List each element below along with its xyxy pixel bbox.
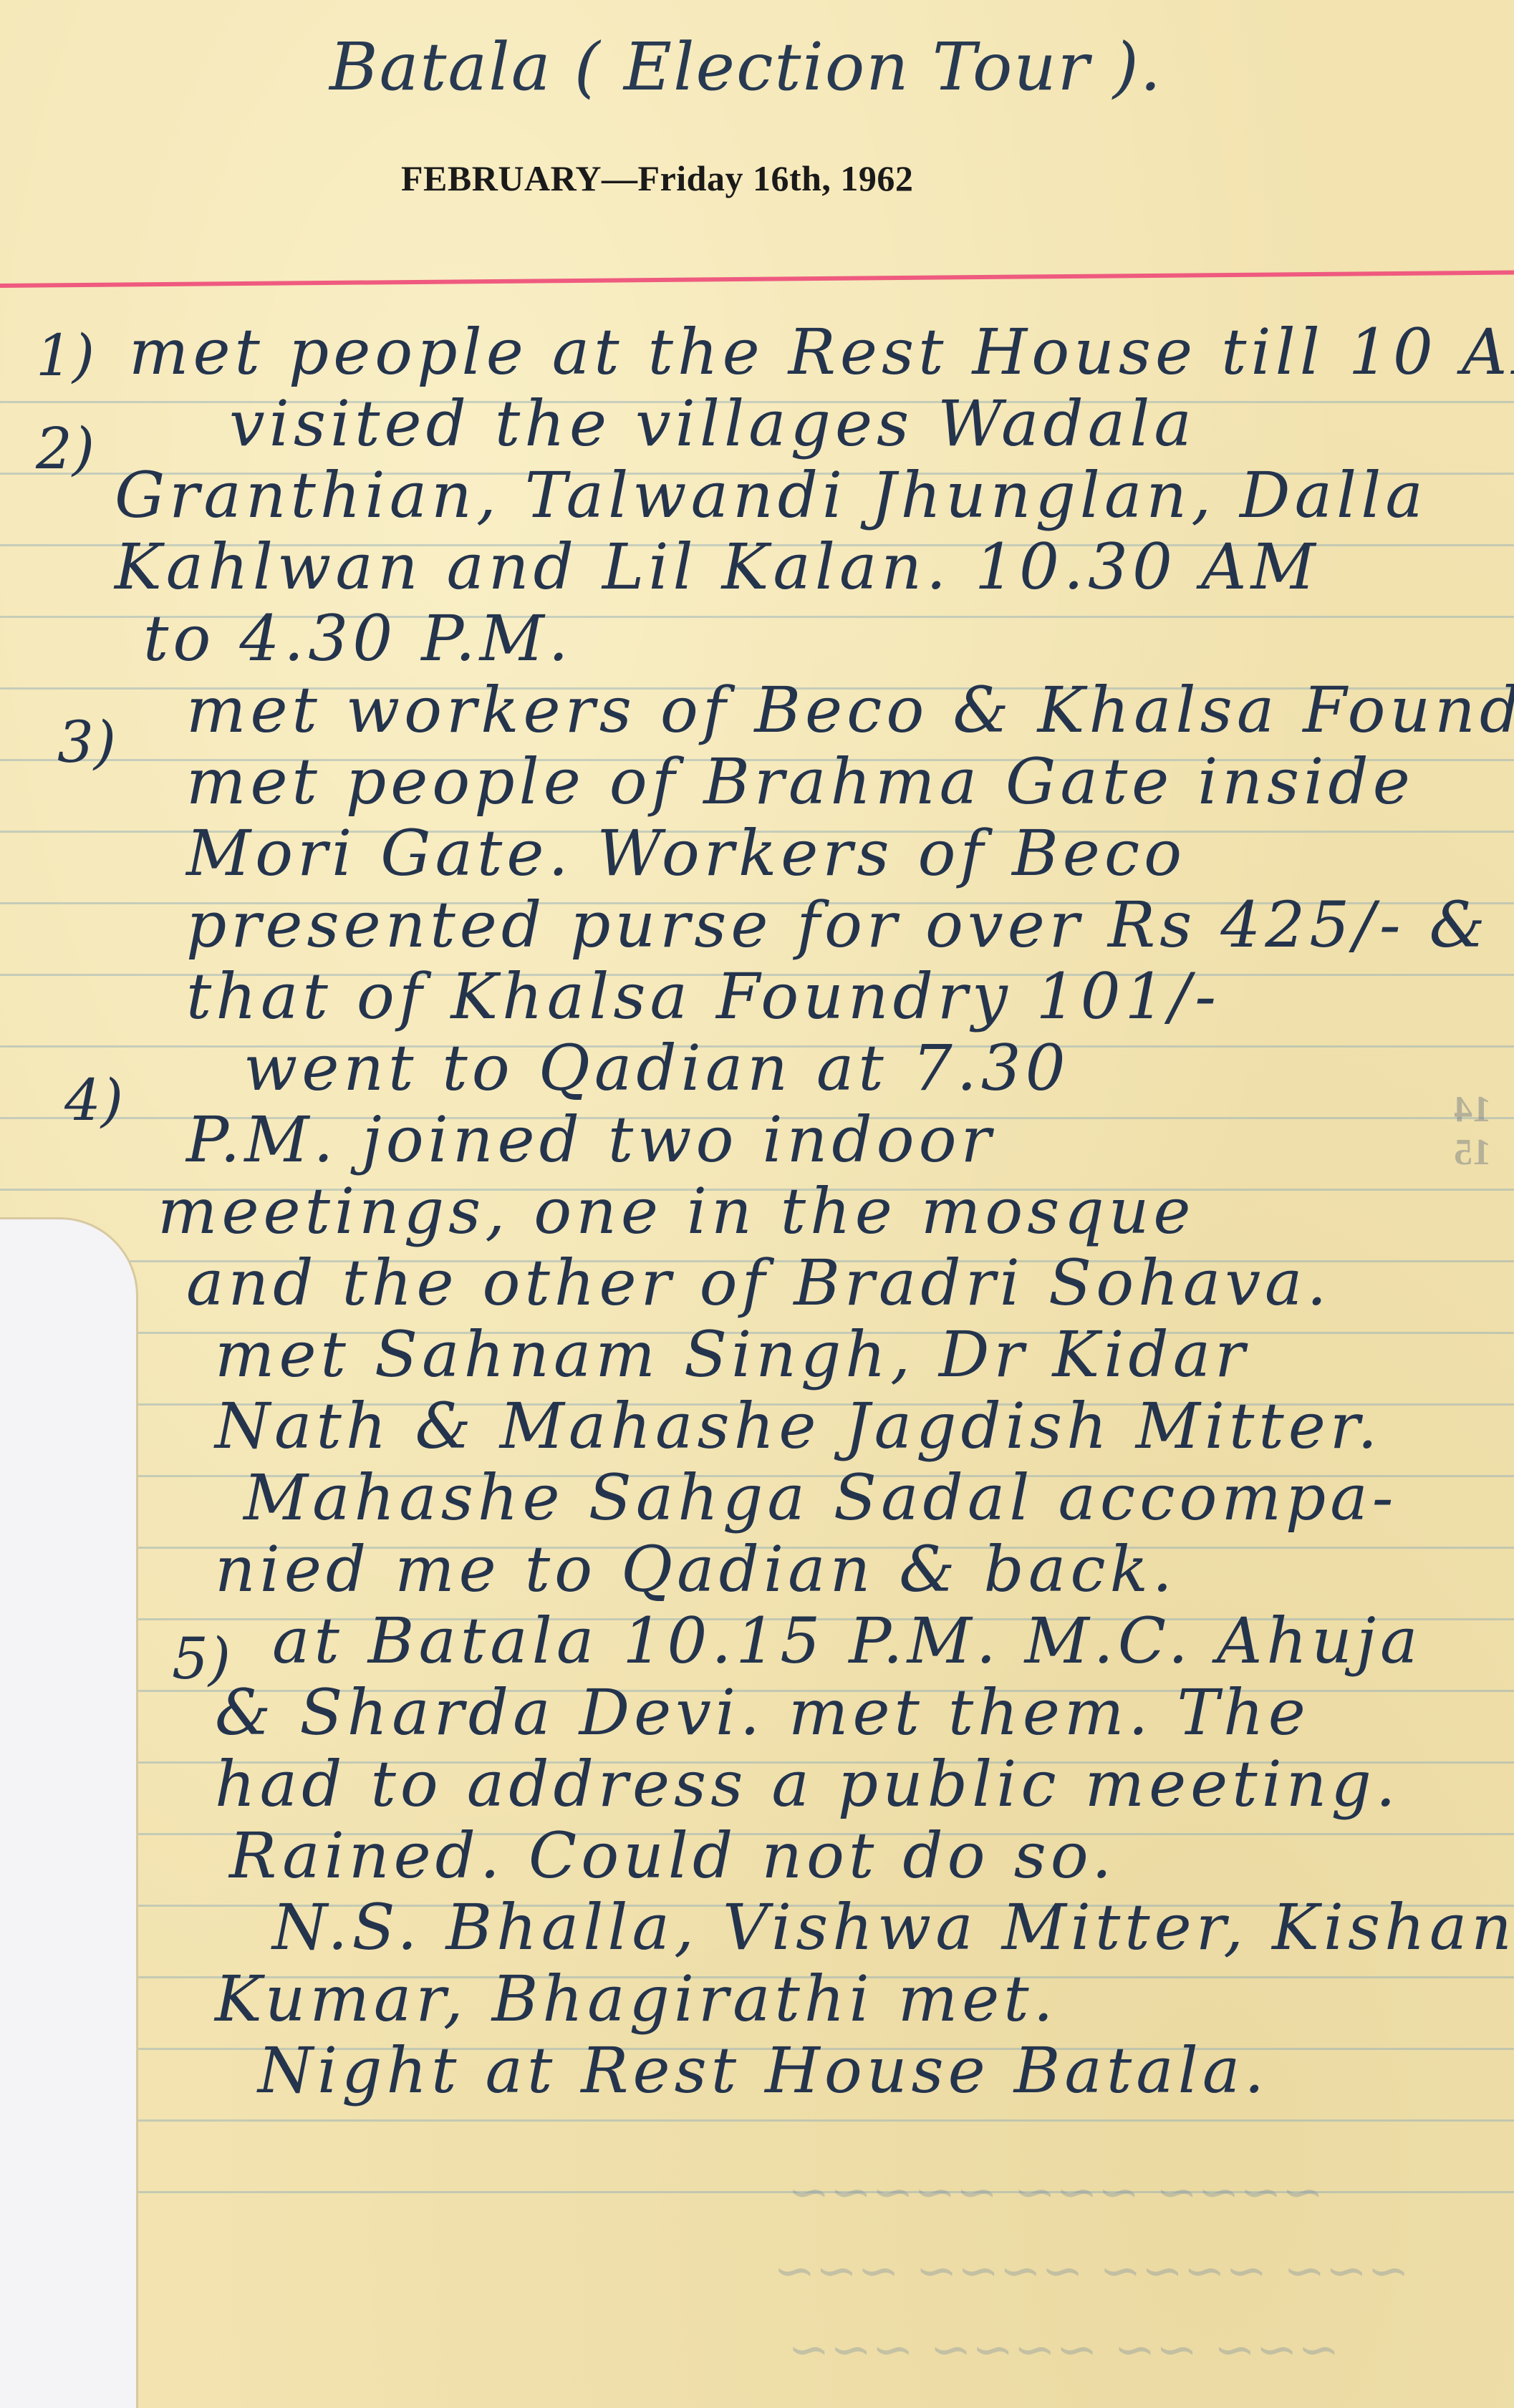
printed-date: FEBRUARY—Friday 16th, 1962 bbox=[401, 158, 913, 199]
red-margin-line bbox=[0, 271, 1514, 288]
entry-line: met people of Brahma Gate inside bbox=[186, 745, 1414, 818]
entry-line: N.S. Bhalla, Vishwa Mitter, Kishan bbox=[272, 1890, 1514, 1964]
reverse-show-through: ~~~ ~~~~ ~~~~ ~~~ bbox=[773, 2241, 1409, 2300]
entry-line: Nath & Mahashe Jagdish Mitter. bbox=[215, 1389, 1382, 1463]
entry-line: nied me to Qadian & back. bbox=[215, 1532, 1177, 1606]
entry-line: met Sahnam Singh, Dr Kidar bbox=[215, 1317, 1249, 1391]
entry-line: Mahashe Sahga Sadal accompa- bbox=[244, 1461, 1397, 1534]
entry-line: went to Qadian at 7.30 bbox=[244, 1031, 1070, 1105]
entry-line: meetings, one in the mosque bbox=[158, 1174, 1195, 1248]
margin-number: 15 bbox=[1454, 1131, 1491, 1174]
entry-line: to 4.30 P.M. bbox=[143, 601, 573, 675]
entry-line: met workers of Beco & Khalsa Foundry bbox=[186, 673, 1514, 747]
entry-line: Mori Gate. Workers of Beco bbox=[186, 816, 1186, 890]
diary-page: ~~~~ ~~~ ~~~~~ ~~~ ~~~~ ~~~~ ~~~ ~~~ ~~ … bbox=[0, 0, 1514, 2408]
entry-line: P.M. joined two indoor bbox=[186, 1103, 995, 1176]
entry-line: that of Khalsa Foundry 101/- bbox=[186, 959, 1220, 1033]
entry-line: had to address a public meeting. bbox=[215, 1747, 1400, 1821]
entry-number: 4) bbox=[64, 1067, 123, 1133]
handwritten-heading: Batala ( Election Tour ). bbox=[329, 29, 1162, 105]
entry-line: visited the villages Wadala bbox=[229, 387, 1196, 460]
reverse-show-through: ~~~ ~~ ~~~~ ~~~ bbox=[788, 2320, 1340, 2379]
entry-line: Granthian, Talwandi Jhunglan, Dalla bbox=[115, 458, 1427, 532]
entry-line: Night at Rest House Batala. bbox=[258, 2034, 1268, 2107]
margin-number: 14 bbox=[1454, 1088, 1491, 1131]
entry-line: and the other of Bradri Sohava. bbox=[186, 1246, 1331, 1320]
entry-line: presented purse for over Rs 425/- & bbox=[186, 888, 1490, 962]
reverse-show-through: ~~~~ ~~~ ~~~~~ bbox=[788, 2162, 1323, 2221]
entry-line: Kumar, Bhagirathi met. bbox=[215, 1962, 1058, 2036]
ruled-line bbox=[0, 2119, 1514, 2122]
entry-line: Rained. Could not do so. bbox=[229, 1819, 1116, 1892]
entry-line: at Batala 10.15 P.M. M.C. Ahuja bbox=[272, 1604, 1422, 1678]
entry-number: 2) bbox=[36, 415, 95, 482]
entry-number: 1) bbox=[36, 322, 95, 389]
white-card-backing bbox=[0, 1217, 138, 2408]
entry-line: & Sharda Devi. met them. The bbox=[215, 1676, 1310, 1749]
entry-number: 3) bbox=[57, 709, 116, 775]
entry-line: met people at the Rest House till 10 AM bbox=[129, 315, 1514, 389]
entry-line: Kahlwan and Lil Kalan. 10.30 AM bbox=[115, 530, 1320, 604]
